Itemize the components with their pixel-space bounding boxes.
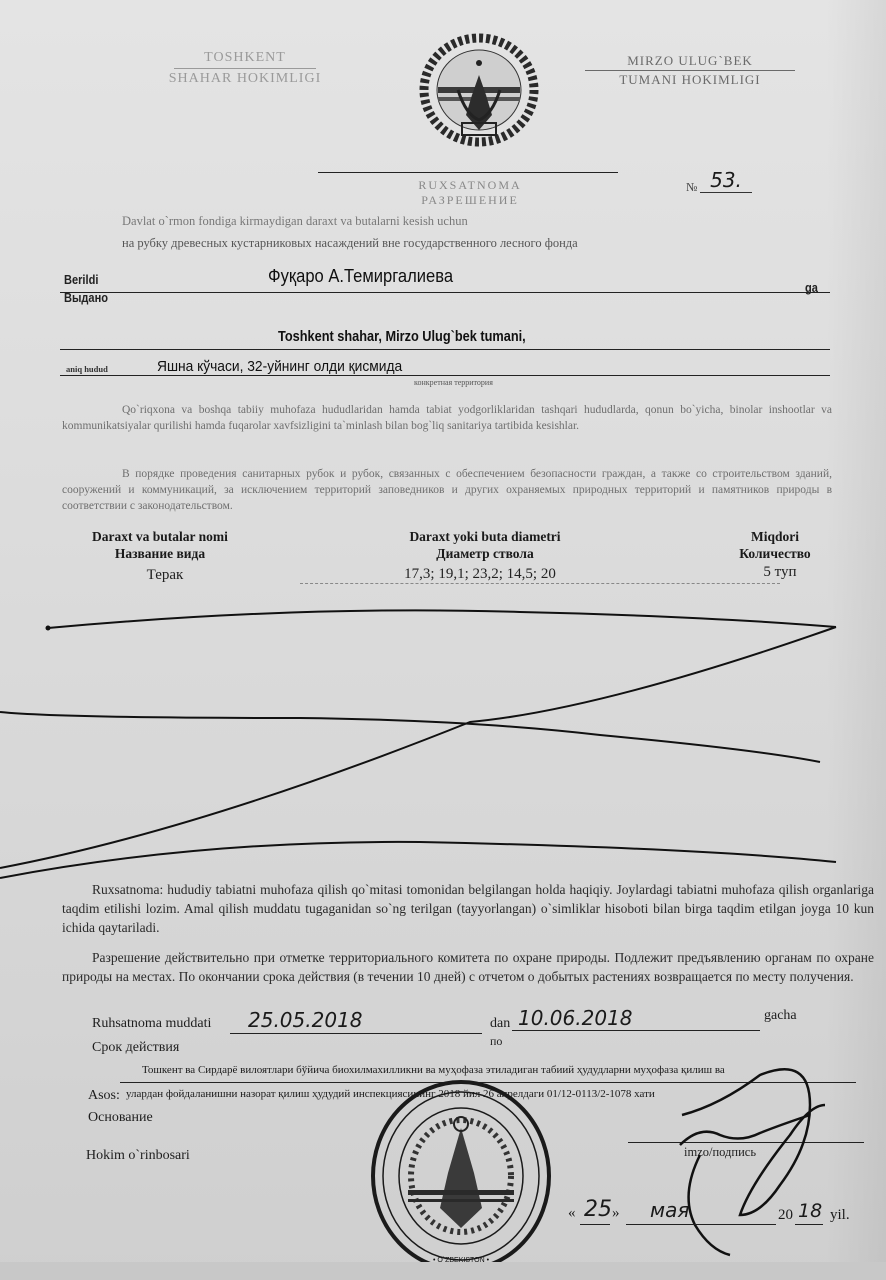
recipient-label-uz: Berildi <box>64 272 98 287</box>
header-left-authority: TOSHKENT SHAHAR HOKIMLIGI <box>130 48 360 89</box>
validity-label-ru: Срок действия <box>92 1040 179 1056</box>
basis-label-ru: Основание <box>88 1110 153 1126</box>
date-close-quote: » <box>612 1205 620 1222</box>
signatory-position: Hokim o`rinbosari <box>86 1148 190 1164</box>
validity-to-line <box>512 1030 760 1031</box>
conditions-ru: Разрешение действительно при отметке тер… <box>62 948 874 986</box>
date-month-line <box>626 1224 776 1225</box>
date-year-word: yil. <box>830 1207 850 1224</box>
row-quantity: 5 туп <box>730 564 830 581</box>
document-title: RUXSATNOMA РАЗРЕШЕНИЕ <box>330 178 610 208</box>
purpose-paragraph-uz: Qo`riqxona va boshqa tabiiy muhofaza hud… <box>62 402 832 434</box>
document-subtitle: Davlat o`rmon fondiga kirmaydigan daraxt… <box>122 210 578 254</box>
column-diameter: Daraxt yoki buta diametri Диаметр ствола <box>370 528 600 562</box>
recipient-name: Фуқаро А.Темиргалиева <box>268 266 453 287</box>
title-rule <box>318 172 618 173</box>
handwritten-signature-icon <box>660 1065 840 1265</box>
validity-from-suffix-uz: dan <box>490 1016 510 1032</box>
permit-document: TOSHKENT SHAHAR HOKIMLIGI MIRZO ULUG`BEK… <box>0 0 886 1280</box>
row-species: Терак <box>100 567 230 584</box>
location-label: aniq hudud <box>66 364 108 374</box>
region-line <box>60 349 830 350</box>
date-day: 25 <box>584 1197 612 1222</box>
date-year-line <box>795 1224 823 1225</box>
validity-from-line <box>230 1033 482 1034</box>
uzbekistan-coat-of-arms-icon <box>418 35 540 145</box>
recipient-line <box>60 292 830 293</box>
number-label: № <box>686 180 697 195</box>
column-species: Daraxt va butalar nomi Название вида <box>60 528 260 562</box>
column-quantity: Miqdori Количество <box>720 528 830 562</box>
basis-label-uz: Asos: <box>88 1088 120 1104</box>
conditions-uz: Ruxsatnoma: hududiy tabiatni muhofaza qi… <box>62 880 874 937</box>
date-year-prefix: 20 <box>778 1207 793 1224</box>
validity-label-uz: Ruhsatnoma muddati <box>92 1016 211 1032</box>
validity-to-suffix: gacha <box>764 1008 797 1024</box>
cross-out-strike-icon <box>0 600 886 890</box>
location-line <box>60 375 830 376</box>
scan-bottom-edge <box>0 1262 886 1280</box>
purpose-paragraph-ru: В порядке проведения санитарных рубок и … <box>62 466 832 514</box>
date-open-quote: « <box>568 1205 576 1222</box>
row-diameters: 17,3; 19,1; 23,2; 14,5; 20 <box>360 566 600 583</box>
validity-from-suffix-ru: по <box>490 1034 502 1049</box>
location-value: Яшна кўчаси, 32-уйнинг олди қисмида <box>157 358 402 375</box>
date-year-suffix: 18 <box>798 1200 822 1222</box>
date-day-line <box>580 1224 610 1225</box>
header-right-authority: MIRZO ULUG`BEK TUMANI HOKIMLIGI <box>585 52 795 89</box>
document-number: 53. <box>700 168 752 193</box>
official-stamp-icon: • O`ZBEKISTON • <box>368 1078 554 1274</box>
recipient-suffix: ga <box>805 280 818 295</box>
validity-to-date: 10.06.2018 <box>518 1006 633 1030</box>
location-caption: конкретная территория <box>414 378 493 387</box>
row-underline <box>300 583 780 584</box>
location-region: Toshkent shahar, Mirzo Ulug`bek tumani, <box>278 328 526 345</box>
date-month: мая <box>650 1198 689 1222</box>
validity-from-date: 25.05.2018 <box>248 1008 363 1032</box>
